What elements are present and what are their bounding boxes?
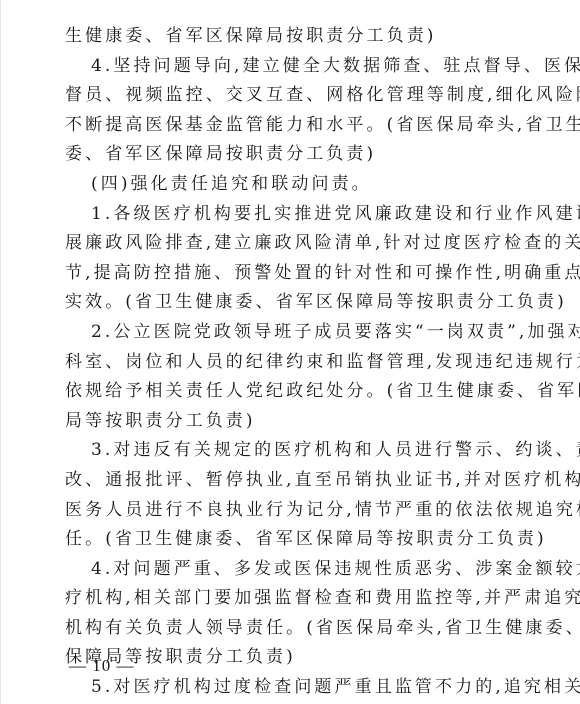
text-line: 2.公立医院党政领导班子成员要落实“一岗双责”,加强对重点: [65, 318, 527, 348]
text-line: 疗机构,相关部门要加强监督检查和费用监控等,并严肃追究医疗: [65, 584, 527, 614]
text-line: 督员、视频监控、交叉互查、网格化管理等制度,细化风险防控措施,: [65, 81, 527, 111]
text-line: 4.坚持问题导向,建立健全大数据筛查、驻点督导、医保社会监: [65, 52, 527, 82]
text-line: 节,提高防控措施、预警处置的针对性和可操作性,明确重点、务求: [65, 259, 527, 289]
text-line: 5.对医疗机构过度检查问题严重且监管不力的,追究相关部门: [65, 673, 527, 703]
text-line: 改、通报批评、暂停执业,直至吊销执业证书,并对医疗机构和相关: [65, 466, 527, 496]
text-line: 1.各级医疗机构要扎实推进党风廉政建设和行业作风建设,开: [65, 200, 527, 230]
text-line: 4.对问题严重、多发或医保违规性质恶劣、涉案金额较大的医: [65, 555, 527, 585]
section-heading: (四)强化责任追究和联动问责。: [65, 170, 527, 200]
body-text: 生健康委、省军区保障局按职责分工负责) 4.坚持问题导向,建立健全大数据筛查、驻…: [65, 22, 527, 703]
page-number: — 10 —: [69, 656, 135, 676]
text-line: 局等按职责分工负责): [65, 407, 527, 437]
text-line: 任。(省卫生健康委、省军区保障局等按职责分工负责): [65, 525, 527, 555]
text-line: 医务人员进行不良执业行为记分,情节严重的依法依规追究相关责: [65, 496, 527, 526]
text-line: 生健康委、省军区保障局按职责分工负责): [65, 22, 527, 52]
text-line: 依规给予相关责任人党纪政纪处分。(省卫生健康委、省军区保障: [65, 377, 527, 407]
text-line: 3.对违反有关规定的医疗机构和人员进行警示、约谈、责令整: [65, 436, 527, 466]
text-line: 科室、岗位和人员的纪律约束和监督管理,发现违纪违规行为,依纪: [65, 348, 527, 378]
text-line: 实效。(省卫生健康委、省军区保障局等按职责分工负责): [65, 288, 527, 318]
document-page: 生健康委、省军区保障局按职责分工负责) 4.坚持问题导向,建立健全大数据筛查、驻…: [0, 0, 580, 704]
text-line: 不断提高医保基金监管能力和水平。(省医保局牵头,省卫生健康: [65, 111, 527, 141]
text-line: 展廉政风险排查,建立廉政风险清单,针对过度医疗检查的关键环: [65, 229, 527, 259]
text-line: 委、省军区保障局按职责分工负责): [65, 140, 527, 170]
text-line: 机构有关负责人领导责任。(省医保局牵头,省卫生健康委、省军区: [65, 614, 527, 644]
